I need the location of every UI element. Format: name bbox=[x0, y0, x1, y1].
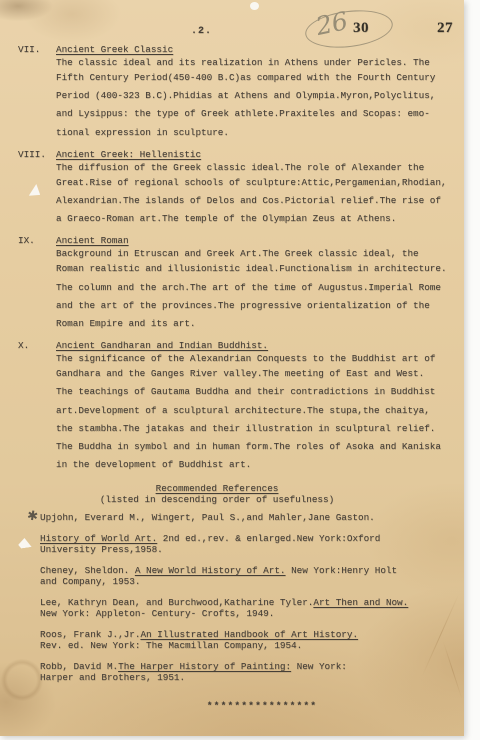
section-numeral: VIII. bbox=[18, 149, 46, 160]
reference-line: History of World Art. 2nd ed.,rev. & enl… bbox=[40, 533, 458, 545]
reference-line: Robb, David M.The Harper History of Pain… bbox=[40, 661, 458, 673]
reference-entry: History of World Art. 2nd ed.,rev. & enl… bbox=[40, 533, 458, 556]
body-line: Gandhara and the Ganges River valley.The… bbox=[56, 365, 458, 383]
reference-line: Upjohn, Everard M., Wingert, Paul S.,and… bbox=[40, 512, 458, 524]
reference-line: Rev. ed. New York: The Macmillan Company… bbox=[40, 640, 458, 652]
section-heading: Ancient Greek Classic bbox=[56, 44, 173, 55]
reference-entry: ✱Upjohn, Everard M., Wingert, Paul S.,an… bbox=[40, 512, 458, 524]
reference-title: History of World Art. bbox=[40, 533, 157, 544]
body-line: a Graeco-Roman art.The temple of the Oly… bbox=[56, 210, 458, 228]
reference-title: The Harper History of Painting: bbox=[118, 661, 291, 672]
body-line: art.Development of a sculptural architec… bbox=[56, 402, 458, 420]
reference-entries: ✱Upjohn, Everard M., Wingert, Paul S.,an… bbox=[40, 512, 458, 684]
reference-line: Lee, Kathryn Dean, and Burchwood,Kathari… bbox=[40, 597, 458, 609]
outline-section: VIII.Ancient Greek: HellenisticThe diffu… bbox=[18, 149, 458, 229]
body-line: Roman Empire and its art. bbox=[56, 315, 458, 333]
corner-page-number: 27 bbox=[437, 20, 453, 37]
section-numeral: X. bbox=[18, 340, 29, 351]
body-line: and Lysippus: the type of Greek athlete.… bbox=[56, 105, 458, 123]
reference-line: and Company, 1953. bbox=[40, 576, 458, 588]
body-line: The significance of the Alexandrian Conq… bbox=[56, 353, 458, 365]
reference-line: Roos, Frank J.,Jr.An Illustrated Handboo… bbox=[40, 629, 458, 641]
reference-line: New York: Appleton- Century- Crofts, 194… bbox=[40, 608, 458, 620]
stamped-number: 30 bbox=[353, 20, 369, 37]
reference-entry: Lee, Kathryn Dean, and Burchwood,Kathari… bbox=[40, 597, 458, 620]
section-numeral: IX. bbox=[18, 235, 35, 246]
reference-text: Rev. ed. New York: The Macmillan Company… bbox=[40, 640, 302, 651]
reference-text: Cheney, Sheldon. bbox=[40, 565, 135, 576]
reference-title: Art Then and Now. bbox=[313, 597, 408, 608]
paper-sheet: .2. 26 30 27 VII.Ancient Greek ClassicTh… bbox=[0, 0, 464, 736]
references-header: Recommended References (listed in descen… bbox=[18, 483, 458, 505]
reference-text: New York: bbox=[291, 661, 347, 672]
body-line: tional expression in sculpture. bbox=[56, 124, 458, 142]
section-numeral: VII. bbox=[18, 44, 40, 55]
body-line: The diffusion of the Greek classic ideal… bbox=[56, 162, 458, 174]
section-heading: Ancient Greek: Hellenistic bbox=[56, 149, 201, 160]
paper-damage-spot bbox=[250, 2, 259, 10]
reference-text: Robb, David M. bbox=[40, 661, 118, 672]
body-line: Period (400-323 B.C).Phidias at Athens a… bbox=[56, 87, 458, 105]
body-line: and the art of the provinces.The progres… bbox=[56, 297, 458, 315]
body-line: The classic ideal and its realization in… bbox=[56, 57, 458, 69]
outline-section: IX.Ancient RomanBackground in Etruscan a… bbox=[18, 235, 458, 333]
reference-entry: Roos, Frank J.,Jr.An Illustrated Handboo… bbox=[40, 629, 458, 652]
body-line: Alexandrian.The islands of Delos and Cos… bbox=[56, 192, 458, 210]
reference-text: and Company, 1953. bbox=[40, 576, 140, 587]
page-number: .2. bbox=[191, 26, 212, 37]
body-line: in the development of Buddhist art. bbox=[56, 456, 458, 474]
body-line: Great.Rise of regional schools of sculpt… bbox=[56, 174, 458, 192]
reference-text: Roos, Frank J.,Jr. bbox=[40, 629, 140, 640]
reference-text: University Press,1958. bbox=[40, 544, 163, 555]
reference-line: University Press,1958. bbox=[40, 544, 458, 556]
body-line: the stambha.The jatakas and their illust… bbox=[56, 420, 458, 438]
scanned-document-page: { "colors": { "paper": "#e4cba0", "ink":… bbox=[0, 0, 480, 740]
document-body: VII.Ancient Greek ClassicThe classic ide… bbox=[18, 44, 458, 711]
body-line: The column and the arch.The art of the t… bbox=[56, 279, 458, 297]
reference-text: Lee, Kathryn Dean, and Burchwood,Kathari… bbox=[40, 597, 313, 608]
body-line: Roman realistic and illusionistic ideal.… bbox=[56, 260, 458, 278]
outline-sections: VII.Ancient Greek ClassicThe classic ide… bbox=[18, 44, 458, 474]
reference-title: A New World History of Art. bbox=[135, 565, 286, 576]
section-heading: Ancient Gandharan and Indian Buddhist. bbox=[56, 340, 268, 351]
outline-section: VII.Ancient Greek ClassicThe classic ide… bbox=[18, 44, 458, 142]
section-body: Ancient Greek ClassicThe classic ideal a… bbox=[56, 44, 458, 142]
reference-text: Upjohn, Everard M., Wingert, Paul S.,and… bbox=[40, 512, 375, 523]
section-body: Ancient RomanBackground in Etruscan and … bbox=[56, 235, 458, 333]
reference-entry: Robb, David M.The Harper History of Pain… bbox=[40, 661, 458, 684]
section-body: Ancient Greek: HellenisticThe diffusion … bbox=[56, 149, 458, 229]
reference-title: An Illustrated Handbook of Art History. bbox=[140, 629, 358, 640]
section-heading: Ancient Roman bbox=[56, 235, 129, 246]
body-line: Fifth Century Period(450-400 B.C)as comp… bbox=[56, 69, 458, 87]
handwritten-asterisk-mark: ✱ bbox=[26, 509, 39, 525]
reference-text: 2nd ed.,rev. & enlarged.New York:Oxford bbox=[157, 533, 380, 544]
body-line: The teachings of Gautama Buddha and thei… bbox=[56, 383, 458, 401]
body-line: Background in Etruscan and Greek Art.The… bbox=[56, 248, 458, 260]
outline-section: X.Ancient Gandharan and Indian Buddhist.… bbox=[18, 340, 458, 474]
references-subheading: (listed in descending order of usefulnes… bbox=[18, 494, 416, 505]
reference-text: Harper and Brothers, 1951. bbox=[40, 672, 185, 683]
footer-asterisk-divider: **************** bbox=[18, 700, 458, 711]
reference-entry: Cheney, Sheldon. A New World History of … bbox=[40, 565, 458, 588]
reference-text: New York: Appleton- Century- Crofts, 194… bbox=[40, 608, 274, 619]
reference-text: New York:Henry Holt bbox=[285, 565, 397, 576]
body-line: The Buddha in symbol and in human form.T… bbox=[56, 438, 458, 456]
reference-line: Cheney, Sheldon. A New World History of … bbox=[40, 565, 458, 577]
references-heading: Recommended References bbox=[156, 483, 279, 494]
section-body: Ancient Gandharan and Indian Buddhist.Th… bbox=[56, 340, 458, 474]
reference-line: Harper and Brothers, 1951. bbox=[40, 672, 458, 684]
